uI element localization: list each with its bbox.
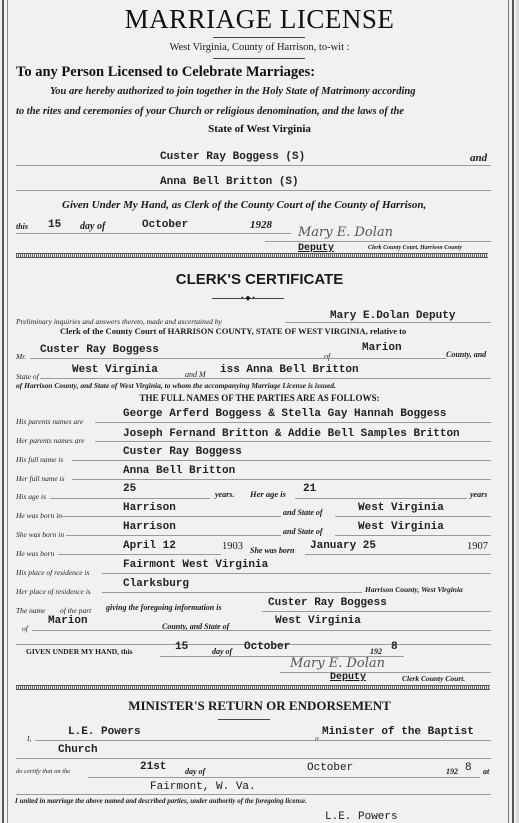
- signature-line-2: [280, 672, 491, 673]
- bride-name[interactable]: Anna Bell Britton (S): [160, 176, 299, 188]
- harrison-line: of Harrison County, and State of West Vi…: [16, 381, 336, 390]
- miss-name[interactable]: iss Anna Bell Britton: [220, 364, 359, 376]
- he-born-in[interactable]: Harrison: [123, 502, 176, 514]
- marriage-license-document: MARRIAGE LICENSE West Virginia, County o…: [0, 0, 519, 823]
- his-age[interactable]: 25: [123, 483, 136, 495]
- mr-county[interactable]: Marion: [362, 342, 402, 354]
- county-and-label: County, and: [446, 350, 486, 359]
- state-line: [40, 378, 491, 379]
- her-age-label: Her age is: [250, 489, 286, 499]
- subtitle-rule: [213, 58, 305, 59]
- clerk-label-2: Clerk County Court.: [402, 674, 465, 683]
- ascertained-by[interactable]: Mary E.Dolan Deputy: [330, 310, 455, 322]
- certify-label: do certify that on the: [16, 768, 70, 775]
- ornament-icon: • ◆ •: [241, 294, 255, 302]
- given-day-of-label: day of: [212, 647, 232, 656]
- she-was-born-label: She was born: [250, 546, 294, 555]
- minister-line: [35, 740, 491, 741]
- at-label: at: [483, 767, 489, 776]
- he-was-born-label: He was born: [16, 549, 54, 558]
- license-day[interactable]: 15: [48, 219, 61, 231]
- her-residence-suffix: Harrison County, West Virginia: [365, 585, 463, 594]
- her-age-line: [295, 498, 467, 499]
- his-full-name-line: [72, 460, 491, 461]
- mr-state[interactable]: West Virginia: [72, 364, 158, 376]
- his-age-line: [50, 498, 210, 499]
- minister-year-prefix: 192: [446, 767, 458, 776]
- i-label: I,: [27, 734, 31, 743]
- clerk-label: Clerk County Court, Harrison County: [368, 245, 462, 251]
- church[interactable]: Church: [58, 744, 98, 756]
- minister-of[interactable]: Minister of the Baptist: [322, 726, 474, 738]
- his-age-label: His age is: [16, 492, 46, 501]
- of-label: of: [324, 352, 330, 361]
- mr-line: [30, 358, 446, 359]
- church-line: [16, 758, 491, 759]
- title-rule: [213, 37, 305, 38]
- united-line: I united in marriage the above named and…: [15, 797, 307, 805]
- informant-name[interactable]: Custer Ray Boggess: [268, 597, 387, 609]
- his-parents-label: His parents names are: [16, 417, 83, 426]
- place[interactable]: Fairmont, W. Va.: [150, 781, 256, 793]
- she-born-date-line: [305, 554, 491, 555]
- she-born-line: [66, 535, 281, 536]
- her-age[interactable]: 21: [303, 483, 316, 495]
- and-label: and: [470, 152, 487, 164]
- license-subtitle: West Virginia, County of Harrison, to-wi…: [0, 42, 519, 53]
- informant-of-label: of: [22, 624, 28, 633]
- her-parents[interactable]: Joseph Fernand Britton & Addie Bell Samp…: [123, 428, 460, 440]
- certify-line: [88, 777, 480, 778]
- she-born-state[interactable]: West Virginia: [358, 521, 444, 533]
- he-birth-year[interactable]: 1903: [222, 541, 243, 552]
- clerk-line: Clerk of the County Court of HARRISON CO…: [60, 326, 406, 336]
- informant-county[interactable]: Marion: [48, 615, 88, 627]
- a-label: a: [315, 734, 319, 743]
- his-residence-label: His place of residence is: [16, 568, 89, 577]
- this-label: this: [16, 222, 28, 231]
- his-parents-line: [95, 422, 491, 423]
- informant-label-b: of the part: [60, 606, 91, 615]
- informant-label-a: The name: [16, 606, 45, 615]
- minister-year-suffix[interactable]: 8: [465, 762, 472, 774]
- she-birth-date[interactable]: January 25: [310, 540, 376, 552]
- given-year-prefix: 192: [370, 647, 382, 656]
- he-born-in-label: He was born in: [16, 511, 62, 520]
- she-state-line: [335, 535, 491, 536]
- groom-name[interactable]: Custer Ray Boggess (S): [160, 151, 305, 163]
- given-month[interactable]: October: [244, 641, 290, 653]
- minister-title: MINISTER'S RETURN OR ENDORSEMENT: [0, 698, 519, 714]
- he-birth-date[interactable]: April 12: [123, 540, 176, 552]
- informant-line: [262, 611, 491, 612]
- day-of-label: day of: [80, 221, 105, 232]
- his-parents[interactable]: George Arferd Boggess & Stella Gay Hanna…: [123, 408, 446, 420]
- his-full-name-label: His full name is: [16, 455, 63, 464]
- he-state-line: [335, 516, 491, 517]
- section-divider-2: [16, 685, 490, 690]
- her-residence-label: Her place of residence is: [16, 587, 91, 596]
- his-residence[interactable]: Fairmont West Virginia: [123, 559, 268, 571]
- her-full-name-line: [72, 479, 491, 480]
- signature-line: [265, 241, 491, 242]
- state-heading: State of West Virginia: [0, 123, 519, 135]
- her-parents-line: [95, 441, 491, 442]
- informant-label-c: giving the foregoing information is: [106, 603, 222, 612]
- his-full-name[interactable]: Custer Ray Boggess: [123, 446, 242, 458]
- authorization-line-1: You are hereby authorized to join togeth…: [50, 86, 415, 97]
- years-label: years.: [215, 490, 234, 499]
- her-full-name[interactable]: Anna Bell Britton: [123, 465, 235, 477]
- her-residence-line: [102, 592, 362, 593]
- date-line: [16, 233, 291, 234]
- salutation: To any Person Licensed to Celebrate Marr…: [16, 64, 315, 81]
- clerk-certificate-title: CLERK'S CERTIFICATE: [0, 271, 519, 288]
- and-state-of-label-2: and State of: [283, 527, 323, 536]
- license-year[interactable]: 1928: [250, 219, 272, 231]
- minister-name[interactable]: L.E. Powers: [68, 726, 141, 738]
- minister-day-of-label: day of: [185, 767, 205, 776]
- his-residence-line: [102, 573, 491, 574]
- years-label-2: years: [470, 490, 487, 499]
- and-state-of-label: and State of: [283, 508, 323, 517]
- minister-day[interactable]: 21st: [140, 761, 166, 773]
- mr-label: Mr.: [16, 352, 26, 361]
- her-residence[interactable]: Clarksburg: [123, 578, 189, 590]
- mr-name[interactable]: Custer Ray Boggess: [40, 344, 159, 356]
- groom-line: [16, 165, 491, 166]
- license-title: MARRIAGE LICENSE: [0, 4, 519, 35]
- her-parents-label: Her parents names are: [16, 436, 84, 445]
- full-names-heading: THE FULL NAMES OF THE PARTIES ARE AS FOL…: [0, 393, 519, 403]
- minister-title-rule: [218, 719, 270, 720]
- section-divider-1: [16, 253, 488, 258]
- given-under-hand: Given Under My Hand, as Clerk of the Cou…: [62, 199, 426, 211]
- given-day[interactable]: 15: [175, 641, 188, 653]
- license-month[interactable]: October: [142, 219, 188, 231]
- he-born-line: [62, 516, 281, 517]
- he-born-state[interactable]: West Virginia: [358, 502, 444, 514]
- state-of-label: State of: [16, 372, 39, 381]
- she-born-in-label: She was born in: [16, 530, 64, 539]
- given-label: GIVEN UNDER MY HAND, this: [26, 647, 133, 656]
- informant-county-line: [32, 630, 491, 631]
- minister-month[interactable]: October: [307, 762, 353, 774]
- her-full-name-label: Her full name is: [16, 474, 65, 483]
- deputy-label-2: Deputy: [330, 672, 366, 683]
- she-birth-year[interactable]: 1907: [467, 541, 488, 552]
- she-born-in[interactable]: Harrison: [123, 521, 176, 533]
- given-year-suffix[interactable]: 8: [391, 641, 398, 653]
- he-born-date-line: [58, 554, 221, 555]
- authorization-line-2: to the rites and ceremonies of your Chur…: [16, 106, 404, 117]
- informant-state[interactable]: West Virginia: [275, 615, 361, 627]
- preliminary-label: Preliminary inquiries and answers theret…: [16, 317, 222, 326]
- clerk-signature-2: Mary E. Dolan: [290, 656, 385, 671]
- place-line: [16, 794, 491, 795]
- bride-line: [16, 190, 491, 191]
- ascertained-line: [285, 322, 491, 323]
- minister-signature: L.E. Powers: [325, 811, 398, 823]
- clerk-signature: Mary E. Dolan: [298, 225, 393, 240]
